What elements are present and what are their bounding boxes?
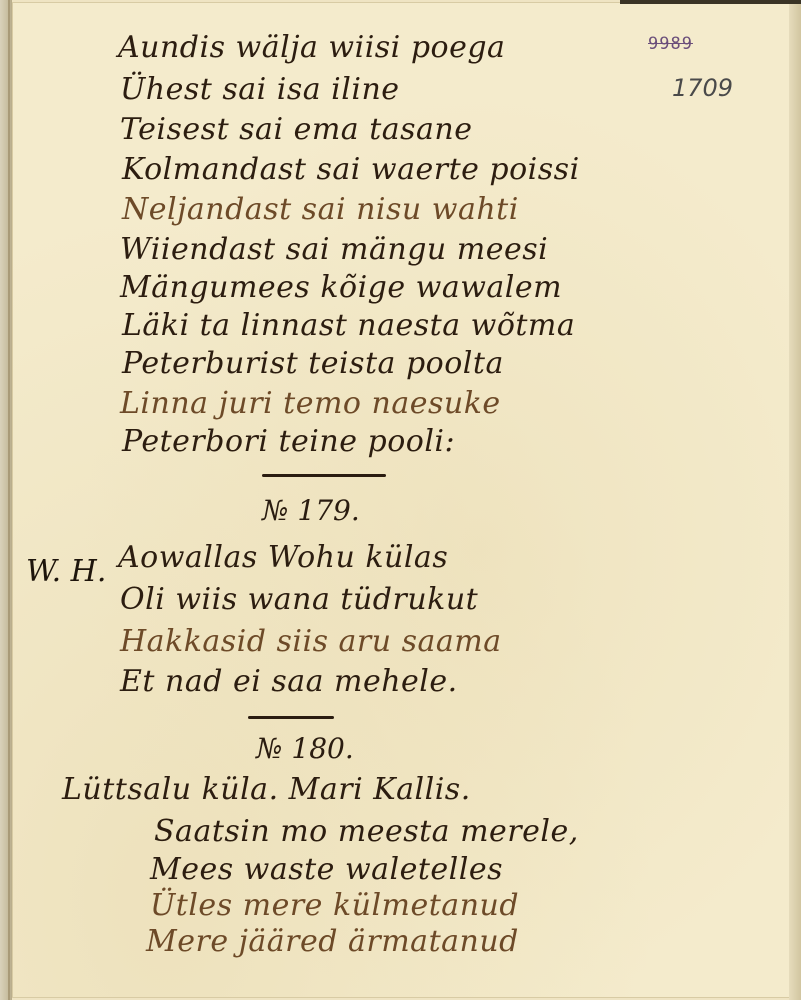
poem-line-2: Ühest sai isa iline (120, 72, 400, 107)
poem-line-11: Peterbori teine pooli: (122, 424, 455, 459)
song-180-line-1: Saatsin mo meesta merele, (154, 814, 579, 849)
song-180-line-2: Mees waste waletelles (150, 852, 503, 887)
section-divider-180 (248, 716, 334, 719)
margin-note-w-h: W. H. (26, 554, 106, 589)
poem-line-1: Aundis wälja wiisi poega (118, 30, 505, 65)
song-180-line-3: Ütles mere külmetanud (150, 888, 519, 923)
song-180-heading: № 180. (256, 732, 354, 765)
section-divider-179 (262, 474, 386, 477)
cover-top-edge (620, 0, 801, 4)
poem-line-6: Wiiendast sai mängu meesi (120, 232, 548, 267)
binding-fold-line (8, 0, 10, 1000)
poem-line-8: Läki ta linnast naesta wõtma (122, 308, 575, 343)
poem-line-10: Linna juri temo naesuke (120, 386, 501, 421)
song-179-heading: № 179. (262, 494, 360, 527)
pencil-page-number: 1709 (672, 74, 733, 102)
poem-line-4: Kolmandast sai waerte poissi (122, 152, 580, 187)
song-179-line-3: Hakkasid siis aru saama (120, 624, 502, 659)
song-179-line-2: Oli wiis wana tüdrukut (120, 582, 478, 617)
page-right-edge (789, 0, 801, 1000)
song-180-source-line: Lüttsalu küla. Mari Kallis. (62, 772, 471, 807)
poem-line-7: Mängumees kõige wawalem (120, 270, 562, 305)
poem-line-9: Peterburist teista poolta (122, 346, 504, 381)
song-180-line-4: Mere jääred ärmatanud (146, 924, 519, 959)
song-179-line-4: Et nad ei saa mehele. (120, 664, 458, 699)
struck-archive-number: 9989 (648, 34, 693, 54)
poem-line-5: Neljandast sai nisu wahti (122, 192, 519, 227)
poem-line-3: Teisest sai ema tasane (120, 112, 473, 147)
song-179-line-1: Aowallas Wohu külas (118, 540, 448, 575)
page-binding (0, 0, 12, 1000)
